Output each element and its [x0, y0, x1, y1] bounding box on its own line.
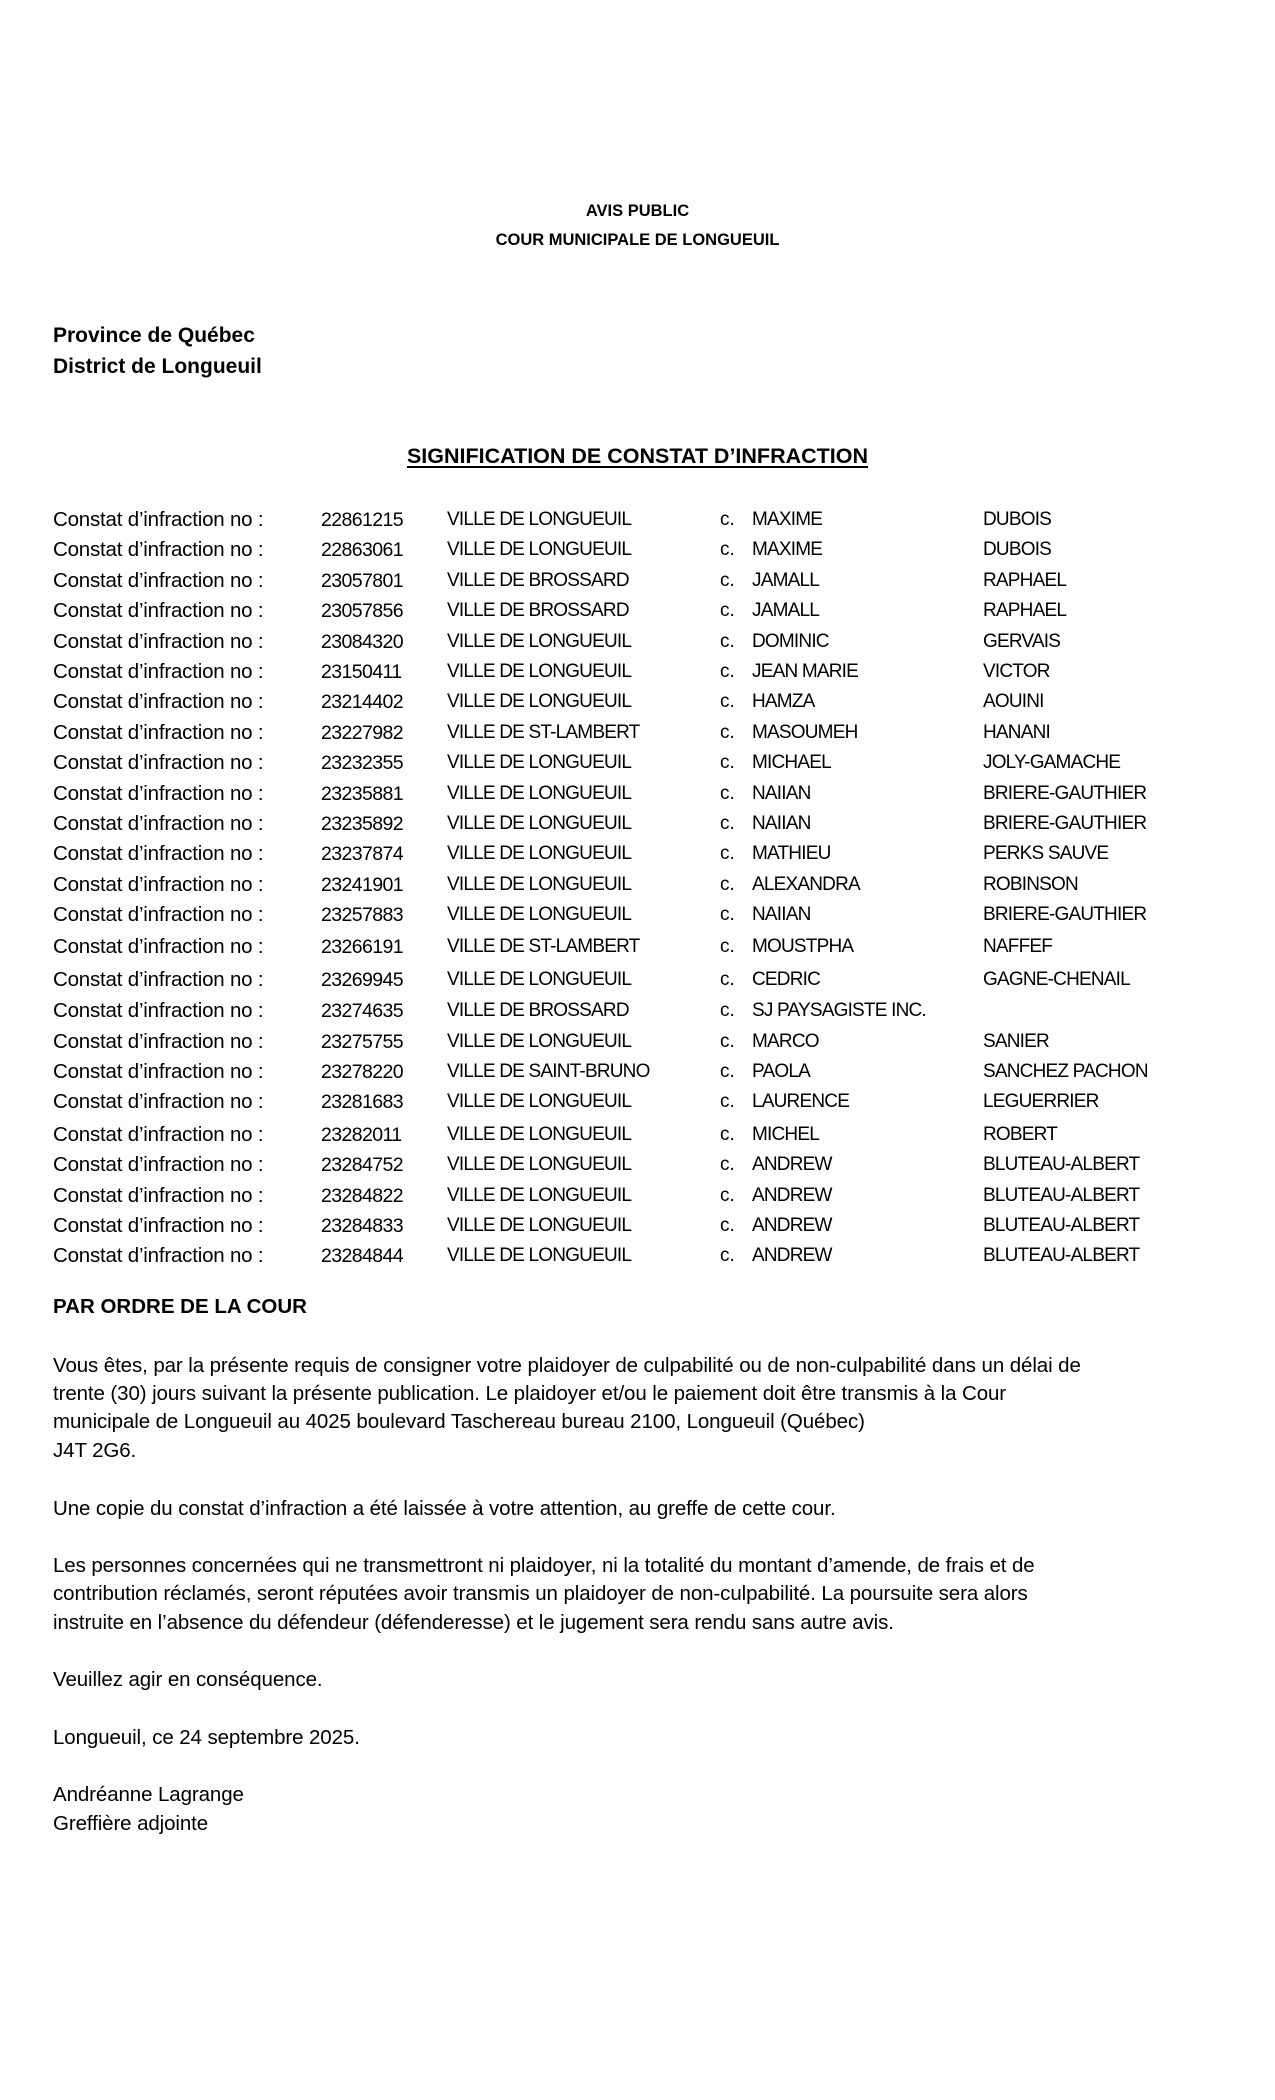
table-row: Constat d’infraction no : 23232355 VILLE…: [0, 748, 1275, 778]
row-label: Constat d’infraction no :: [53, 748, 263, 778]
row-label: Constat d’infraction no :: [53, 996, 263, 1026]
versus-marker: c.: [720, 839, 735, 869]
versus-marker: c.: [720, 627, 735, 657]
defendant-first-name: JAMALL: [752, 596, 819, 626]
row-label: Constat d’infraction no :: [53, 870, 263, 900]
infraction-number: 23237874: [321, 839, 403, 869]
infraction-number: 23274635: [321, 996, 403, 1026]
defendant-first-name: MAXIME: [752, 535, 822, 565]
row-label: Constat d’infraction no :: [53, 535, 263, 565]
plaintiff: VILLE DE BROSSARD: [447, 996, 629, 1026]
defendant-first-name: JAMALL: [752, 566, 819, 596]
signatory-title: Greffière adjointe: [53, 1810, 208, 1838]
defendant-first-name: ANDREW: [752, 1150, 832, 1180]
row-label: Constat d’infraction no :: [53, 687, 263, 717]
table-row: Constat d’infraction no : 22863061 VILLE…: [0, 535, 1275, 565]
province-label: Province de Québec: [53, 323, 255, 349]
defendant-first-name: MARCO: [752, 1027, 819, 1057]
signatory-name: Andréanne Lagrange: [53, 1781, 244, 1809]
defendant-first-name: JEAN MARIE: [752, 657, 858, 687]
defendant-last-name: ROBERT: [983, 1120, 1057, 1150]
defendant-last-name: BRIERE-GAUTHIER: [983, 809, 1146, 839]
plaintiff: VILLE DE LONGUEUIL: [447, 1211, 631, 1241]
plaintiff: VILLE DE LONGUEUIL: [447, 900, 631, 930]
defendant-last-name: BLUTEAU-ALBERT: [983, 1241, 1139, 1271]
paragraph-3-line-3: instruite en l’absence du défendeur (déf…: [53, 1609, 894, 1637]
row-label: Constat d’infraction no :: [53, 657, 263, 687]
plaintiff: VILLE DE LONGUEUIL: [447, 870, 631, 900]
infraction-number: 23281683: [321, 1087, 403, 1117]
defendant-first-name: HAMZA: [752, 687, 815, 717]
table-row: Constat d’infraction no : 23057801 VILLE…: [0, 566, 1275, 596]
versus-marker: c.: [720, 687, 735, 717]
row-label: Constat d’infraction no :: [53, 1120, 263, 1150]
defendant-last-name: VICTOR: [983, 657, 1050, 687]
defendant-last-name: BRIERE-GAUTHIER: [983, 900, 1146, 930]
versus-marker: c.: [720, 965, 735, 995]
notice-heading: AVIS PUBLIC: [0, 201, 1275, 221]
defendant-first-name: SJ PAYSAGISTE INC.: [752, 996, 926, 1026]
versus-marker: c.: [720, 657, 735, 687]
table-row: Constat d’infraction no : 23278220 VILLE…: [0, 1057, 1275, 1087]
table-row: Constat d’infraction no : 23257883 VILLE…: [0, 900, 1275, 930]
defendant-last-name: ROBINSON: [983, 870, 1078, 900]
plaintiff: VILLE DE LONGUEUIL: [447, 1181, 631, 1211]
versus-marker: c.: [720, 932, 735, 962]
plaintiff: VILLE DE LONGUEUIL: [447, 1120, 631, 1150]
versus-marker: c.: [720, 1087, 735, 1117]
versus-marker: c.: [720, 566, 735, 596]
defendant-last-name: BLUTEAU-ALBERT: [983, 1150, 1139, 1180]
court-name: COUR MUNICIPALE DE LONGUEUIL: [0, 230, 1275, 250]
infraction-number: 23214402: [321, 687, 403, 717]
row-label: Constat d’infraction no :: [53, 1181, 263, 1211]
table-row: Constat d’infraction no : 23150411 VILLE…: [0, 657, 1275, 687]
versus-marker: c.: [720, 1120, 735, 1150]
versus-marker: c.: [720, 1241, 735, 1271]
versus-marker: c.: [720, 1027, 735, 1057]
plaintiff: VILLE DE LONGUEUIL: [447, 505, 631, 535]
table-row: Constat d’infraction no : 23237874 VILLE…: [0, 839, 1275, 869]
versus-marker: c.: [720, 809, 735, 839]
versus-marker: c.: [720, 1181, 735, 1211]
table-row: Constat d’infraction no : 23235892 VILLE…: [0, 809, 1275, 839]
defendant-first-name: MOUSTPHA: [752, 932, 853, 962]
infraction-number: 23284844: [321, 1241, 403, 1271]
versus-marker: c.: [720, 505, 735, 535]
table-row: Constat d’infraction no : 23284752 VILLE…: [0, 1150, 1275, 1180]
defendant-last-name: BRIERE-GAUTHIER: [983, 779, 1146, 809]
versus-marker: c.: [720, 535, 735, 565]
defendant-last-name: BLUTEAU-ALBERT: [983, 1211, 1139, 1241]
infraction-number: 23057801: [321, 566, 403, 596]
versus-marker: c.: [720, 900, 735, 930]
plaintiff: VILLE DE LONGUEUIL: [447, 627, 631, 657]
defendant-first-name: ANDREW: [752, 1181, 832, 1211]
defendant-last-name: NAFFEF: [983, 932, 1052, 962]
table-row: Constat d’infraction no : 23275755 VILLE…: [0, 1027, 1275, 1057]
versus-marker: c.: [720, 996, 735, 1026]
table-row: Constat d’infraction no : 23281683 VILLE…: [0, 1087, 1275, 1117]
defendant-first-name: MASOUMEH: [752, 718, 858, 748]
versus-marker: c.: [720, 1150, 735, 1180]
table-row: Constat d’infraction no : 23235881 VILLE…: [0, 779, 1275, 809]
paragraph-1-line-3: municipale de Longueuil au 4025 boulevar…: [53, 1408, 865, 1436]
defendant-last-name: HANANI: [983, 718, 1050, 748]
defendant-first-name: MICHEL: [752, 1120, 819, 1150]
defendant-last-name: RAPHAEL: [983, 566, 1066, 596]
row-label: Constat d’infraction no :: [53, 1027, 263, 1057]
infraction-number: 23284752: [321, 1150, 403, 1180]
table-row: Constat d’infraction no : 22861215 VILLE…: [0, 505, 1275, 535]
row-label: Constat d’infraction no :: [53, 779, 263, 809]
table-row: Constat d’infraction no : 23214402 VILLE…: [0, 687, 1275, 717]
paragraph-1-line-2: trente (30) jours suivant la présente pu…: [53, 1380, 1006, 1408]
defendant-last-name: RAPHAEL: [983, 596, 1066, 626]
versus-marker: c.: [720, 1211, 735, 1241]
plaintiff: VILLE DE ST-LAMBERT: [447, 932, 639, 962]
paragraph-3-line-2: contribution réclamés, seront réputées a…: [53, 1580, 1028, 1608]
plaintiff: VILLE DE LONGUEUIL: [447, 839, 631, 869]
paragraph-1-line-1: Vous êtes, par la présente requis de con…: [53, 1352, 1081, 1380]
infraction-number: 23284833: [321, 1211, 403, 1241]
defendant-last-name: LEGUERRIER: [983, 1087, 1099, 1117]
plaintiff: VILLE DE LONGUEUIL: [447, 965, 631, 995]
row-label: Constat d’infraction no :: [53, 718, 263, 748]
plaintiff: VILLE DE LONGUEUIL: [447, 657, 631, 687]
plaintiff: VILLE DE SAINT-BRUNO: [447, 1057, 650, 1087]
plaintiff: VILLE DE BROSSARD: [447, 596, 629, 626]
plaintiff: VILLE DE LONGUEUIL: [447, 809, 631, 839]
infraction-number: 23232355: [321, 748, 403, 778]
infraction-number: 23269945: [321, 965, 403, 995]
row-label: Constat d’infraction no :: [53, 627, 263, 657]
plaintiff: VILLE DE LONGUEUIL: [447, 1087, 631, 1117]
defendant-last-name: DUBOIS: [983, 505, 1051, 535]
row-label: Constat d’infraction no :: [53, 566, 263, 596]
defendant-last-name: DUBOIS: [983, 535, 1051, 565]
date-line: Longueuil, ce 24 septembre 2025.: [53, 1724, 360, 1752]
plaintiff: VILLE DE LONGUEUIL: [447, 535, 631, 565]
infraction-number: 23235892: [321, 809, 403, 839]
table-row: Constat d’infraction no : 23084320 VILLE…: [0, 627, 1275, 657]
versus-marker: c.: [720, 596, 735, 626]
row-label: Constat d’infraction no :: [53, 809, 263, 839]
row-label: Constat d’infraction no :: [53, 1241, 263, 1271]
defendant-last-name: SANIER: [983, 1027, 1049, 1057]
defendant-last-name: SANCHEZ PACHON: [983, 1057, 1148, 1087]
defendant-first-name: ANDREW: [752, 1241, 832, 1271]
plaintiff: VILLE DE ST-LAMBERT: [447, 718, 639, 748]
infraction-number: 22861215: [321, 505, 403, 535]
table-row: Constat d’infraction no : 23057856 VILLE…: [0, 596, 1275, 626]
defendant-first-name: NAIIAN: [752, 809, 811, 839]
versus-marker: c.: [720, 870, 735, 900]
plaintiff: VILLE DE LONGUEUIL: [447, 1027, 631, 1057]
defendant-last-name: JOLY-GAMACHE: [983, 748, 1120, 778]
infraction-table: Constat d’infraction no : 22861215 VILLE…: [0, 505, 1275, 1272]
table-row: Constat d’infraction no : 23227982 VILLE…: [0, 718, 1275, 748]
document-title: SIGNIFICATION DE CONSTAT D’INFRACTION: [0, 443, 1275, 469]
table-row: Constat d’infraction no : 23284844 VILLE…: [0, 1241, 1275, 1271]
infraction-number: 23257883: [321, 900, 403, 930]
defendant-first-name: DOMINIC: [752, 627, 829, 657]
row-label: Constat d’infraction no :: [53, 965, 263, 995]
plaintiff: VILLE DE LONGUEUIL: [447, 779, 631, 809]
order-heading: PAR ORDRE DE LA COUR: [53, 1294, 307, 1320]
defendant-first-name: ALEXANDRA: [752, 870, 860, 900]
versus-marker: c.: [720, 718, 735, 748]
table-row: Constat d’infraction no : 23284833 VILLE…: [0, 1211, 1275, 1241]
infraction-number: 23150411: [321, 657, 402, 687]
row-label: Constat d’infraction no :: [53, 1087, 263, 1117]
defendant-first-name: MATHIEU: [752, 839, 831, 869]
row-label: Constat d’infraction no :: [53, 1057, 263, 1087]
defendant-first-name: MICHAEL: [752, 748, 831, 778]
infraction-number: 23241901: [321, 870, 403, 900]
row-label: Constat d’infraction no :: [53, 596, 263, 626]
row-label: Constat d’infraction no :: [53, 1211, 263, 1241]
defendant-first-name: CEDRIC: [752, 965, 820, 995]
table-row: Constat d’infraction no : 23282011 VILLE…: [0, 1120, 1275, 1150]
plaintiff: VILLE DE LONGUEUIL: [447, 1150, 631, 1180]
infraction-number: 23282011: [321, 1120, 402, 1150]
defendant-first-name: ANDREW: [752, 1211, 832, 1241]
defendant-last-name: GERVAIS: [983, 627, 1060, 657]
infraction-number: 23284822: [321, 1181, 403, 1211]
infraction-number: 23266191: [321, 932, 403, 962]
defendant-first-name: NAIIAN: [752, 900, 811, 930]
row-label: Constat d’infraction no :: [53, 932, 263, 962]
plaintiff: VILLE DE LONGUEUIL: [447, 687, 631, 717]
plaintiff: VILLE DE LONGUEUIL: [447, 1241, 631, 1271]
row-label: Constat d’infraction no :: [53, 900, 263, 930]
infraction-number: 23057856: [321, 596, 403, 626]
table-row: Constat d’infraction no : 23241901 VILLE…: [0, 870, 1275, 900]
district-label: District de Longueuil: [53, 354, 262, 380]
defendant-first-name: LAURENCE: [752, 1087, 849, 1117]
infraction-number: 23235881: [321, 779, 403, 809]
table-row: Constat d’infraction no : 23269945 VILLE…: [0, 965, 1275, 995]
versus-marker: c.: [720, 748, 735, 778]
paragraph-2: Une copie du constat d’infraction a été …: [53, 1495, 836, 1523]
versus-marker: c.: [720, 779, 735, 809]
paragraph-3-line-1: Les personnes concernées qui ne transmet…: [53, 1552, 1035, 1580]
defendant-first-name: PAOLA: [752, 1057, 810, 1087]
defendant-last-name: AOUINI: [983, 687, 1044, 717]
defendant-first-name: MAXIME: [752, 505, 822, 535]
infraction-number: 23227982: [321, 718, 403, 748]
infraction-number: 23084320: [321, 627, 403, 657]
defendant-last-name: BLUTEAU-ALBERT: [983, 1181, 1139, 1211]
infraction-number: 22863061: [321, 535, 403, 565]
document-title-text: SIGNIFICATION DE CONSTAT D’INFRACTION: [407, 444, 868, 468]
plaintiff: VILLE DE LONGUEUIL: [447, 748, 631, 778]
paragraph-1-line-4: J4T 2G6.: [53, 1437, 136, 1465]
row-label: Constat d’infraction no :: [53, 505, 263, 535]
versus-marker: c.: [720, 1057, 735, 1087]
table-row: Constat d’infraction no : 23284822 VILLE…: [0, 1181, 1275, 1211]
table-row: Constat d’infraction no : 23266191 VILLE…: [0, 932, 1275, 962]
defendant-first-name: NAIIAN: [752, 779, 811, 809]
infraction-number: 23278220: [321, 1057, 403, 1087]
defendant-last-name: PERKS SAUVE: [983, 839, 1108, 869]
infraction-number: 23275755: [321, 1027, 403, 1057]
closing-instruction: Veuillez agir en conséquence.: [53, 1666, 323, 1694]
row-label: Constat d’infraction no :: [53, 1150, 263, 1180]
table-row: Constat d’infraction no : 23274635 VILLE…: [0, 996, 1275, 1026]
defendant-last-name: GAGNE-CHENAIL: [983, 965, 1130, 995]
row-label: Constat d’infraction no :: [53, 839, 263, 869]
plaintiff: VILLE DE BROSSARD: [447, 566, 629, 596]
